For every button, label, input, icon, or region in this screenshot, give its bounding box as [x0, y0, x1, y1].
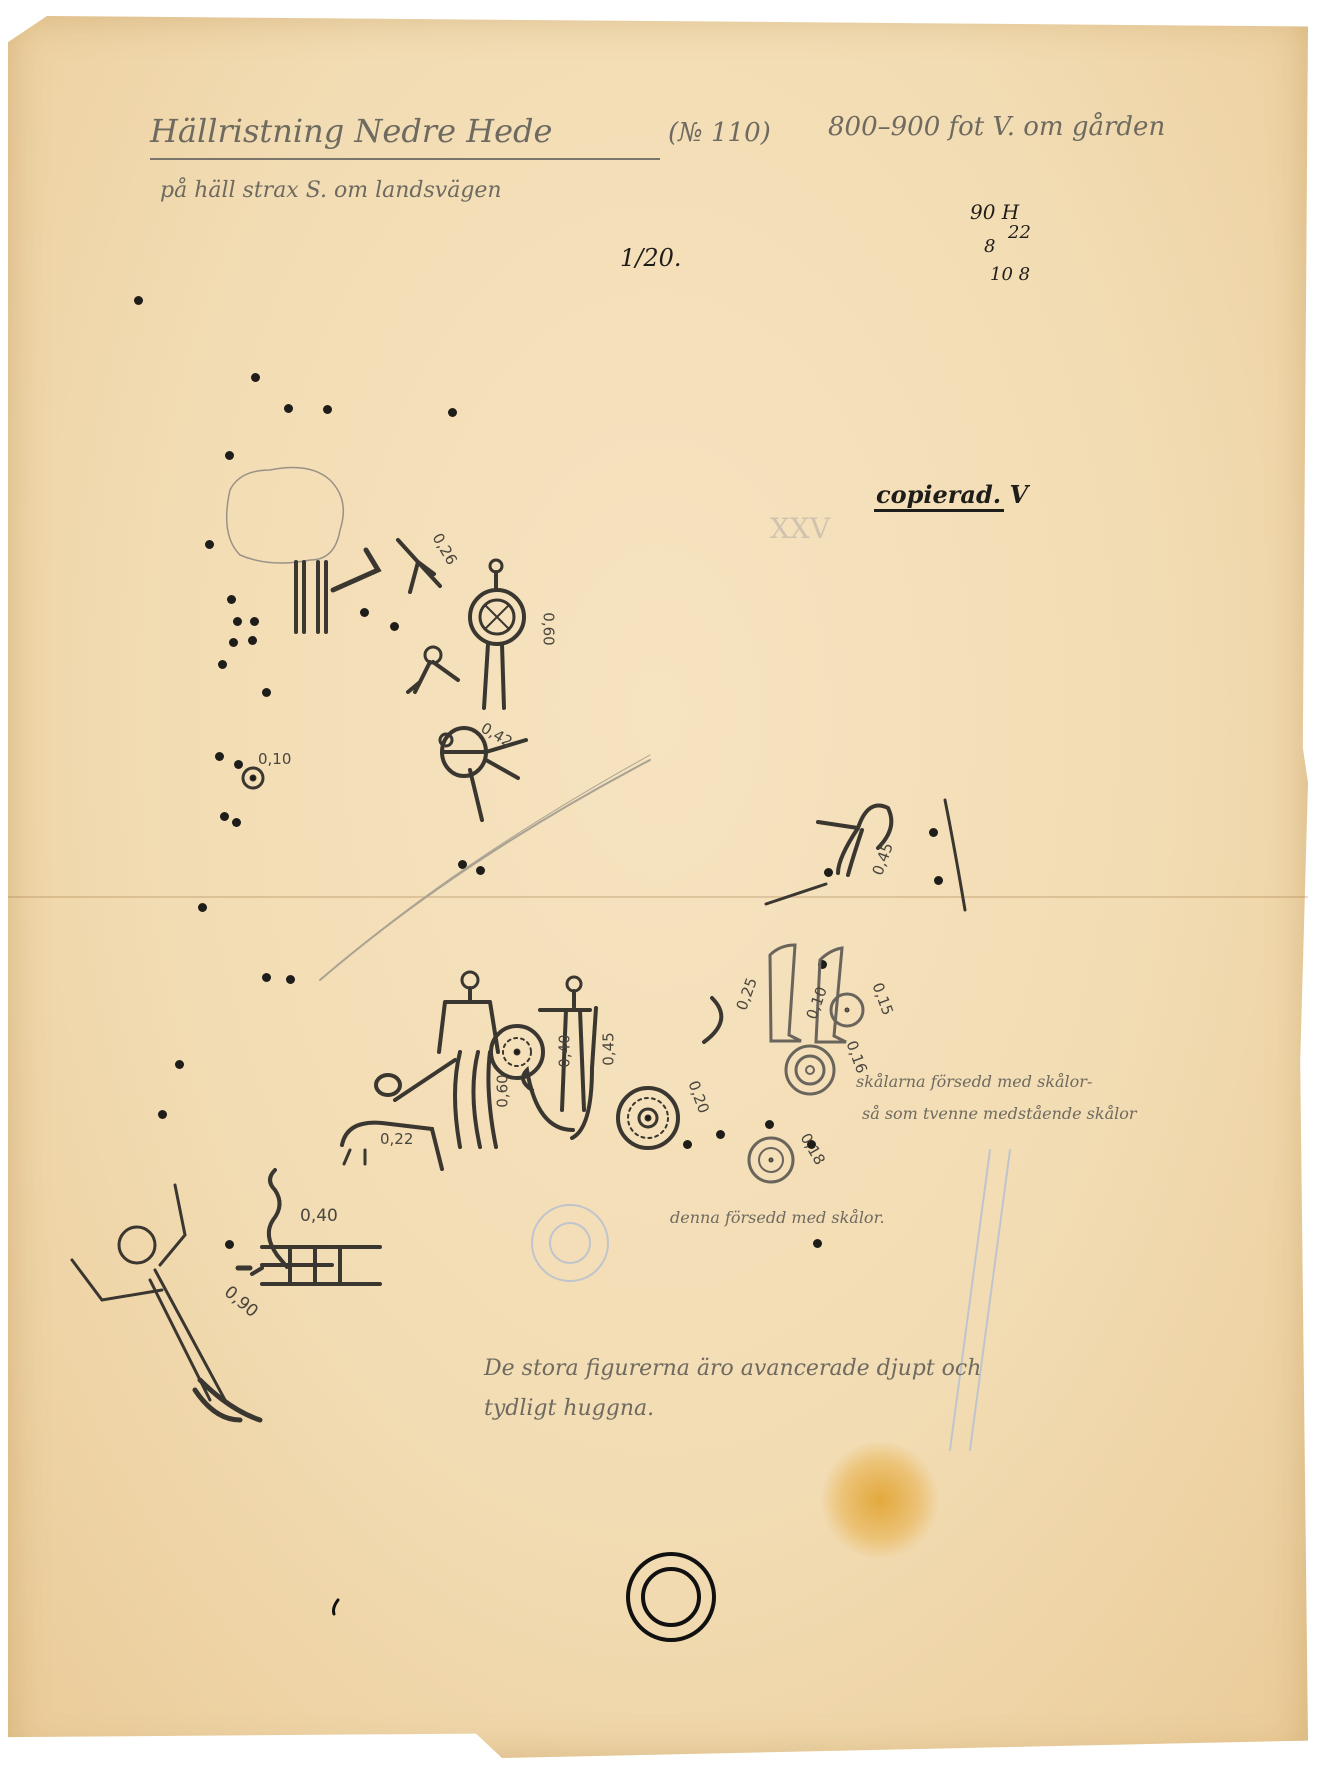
- measurement-label: 0,40: [556, 1034, 574, 1067]
- measurement-label: 0,40: [300, 1206, 338, 1226]
- measurement-label: 0,10: [258, 750, 291, 768]
- measurement-label: 0,22: [380, 1130, 413, 1148]
- measurement-label: 0,45: [600, 1032, 618, 1065]
- side-note-line1: skålarna försedd med skålor-: [856, 1072, 1092, 1091]
- measurement-label: 0,60: [540, 612, 558, 645]
- bottom-note-line1: De stora figurerna äro avancerade djupt …: [484, 1356, 981, 1381]
- measurement-label: 0,60: [494, 1074, 512, 1107]
- circle-note: denna försedd med skålor.: [670, 1208, 885, 1227]
- lower-figure-group: [0, 0, 1324, 1772]
- side-note-line2: så som tvenne medstående skålor: [862, 1104, 1137, 1123]
- bottom-note-line2: tydligt huggna.: [484, 1396, 654, 1421]
